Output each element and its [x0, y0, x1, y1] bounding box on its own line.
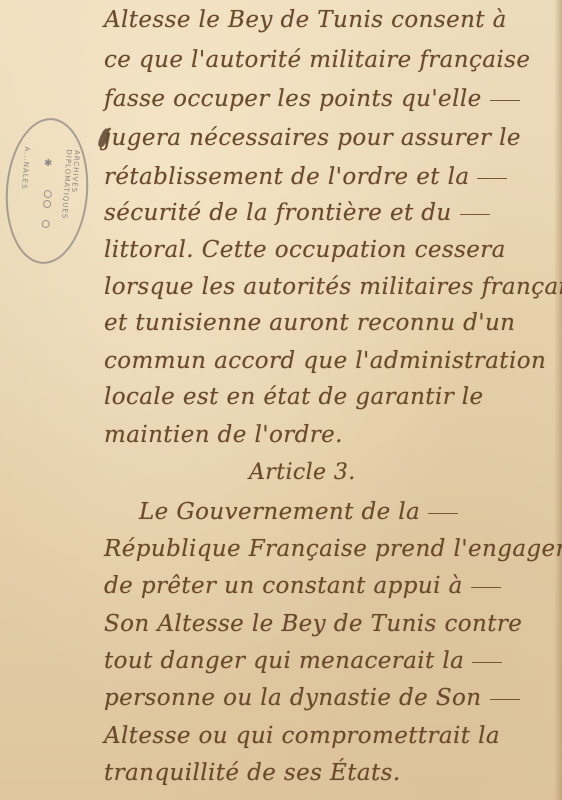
archive-stamp: A...NALES ARCHIVES DIPLOMATIQUES ✱: [1, 115, 93, 266]
line-text: tranquillité de ses États.: [104, 760, 401, 786]
manuscript-line: tout danger qui menacerait la: [104, 648, 502, 674]
manuscript-line: sécurité de la frontière et du: [104, 200, 490, 226]
stamp-left-text: A...NALES: [16, 146, 31, 242]
line-text: et tunisienne auront reconnu d'un: [104, 310, 515, 336]
line-text: ce que l'autorité militaire française: [104, 47, 530, 73]
line-text: maintien de l'ordre.: [104, 422, 343, 448]
line-text: tout danger qui menacerait la: [104, 648, 464, 674]
line-filler-dash: [490, 699, 520, 700]
line-text: Le Gouvernement de la: [139, 499, 420, 525]
line-filler-dash: [460, 214, 490, 215]
line-text: de prêter un constant appui à: [104, 573, 463, 599]
manuscript-line: et tunisienne auront reconnu d'un: [104, 310, 515, 336]
manuscript-line: lorsque les autorités militaires françai…: [104, 274, 562, 300]
manuscript-line: commun accord que l'administration: [104, 348, 546, 374]
page-edge-shadow: [554, 0, 562, 800]
manuscript-page: A...NALES ARCHIVES DIPLOMATIQUES ✱ Altes…: [0, 0, 562, 800]
line-filler-dash: [477, 178, 507, 179]
stamp-right-text: ARCHIVES DIPLOMATIQUES: [58, 149, 81, 246]
line-filler-dash: [471, 587, 501, 588]
line-filler-dash: [428, 513, 458, 514]
manuscript-line: Altesse ou qui compromettrait la: [104, 723, 500, 749]
line-text: sécurité de la frontière et du: [104, 200, 452, 226]
stamp-dot-icon: [44, 190, 53, 199]
line-text: locale est en état de garantir le: [104, 384, 484, 410]
manuscript-line: Son Altesse le Bey de Tunis contre: [104, 611, 522, 637]
stamp-dot-icon: [43, 200, 52, 209]
line-text: jugera nécessaires pour assurer le: [104, 125, 521, 151]
line-text: Article 3.: [249, 460, 356, 485]
line-text: lorsque les autorités militaires françai…: [104, 274, 562, 300]
line-text: fasse occuper les points qu'elle: [104, 86, 482, 112]
manuscript-line: République Française prend l'engagement: [104, 536, 562, 562]
line-text: personne ou la dynastie de Son: [104, 685, 482, 711]
manuscript-line: littoral. Cette occupation cessera: [104, 237, 506, 263]
manuscript-line: locale est en état de garantir le: [104, 384, 484, 410]
article-heading: Article 3.: [249, 460, 356, 485]
stamp-dot-icon: [41, 220, 50, 229]
line-filler-dash: [490, 100, 520, 101]
manuscript-line: maintien de l'ordre.: [104, 422, 343, 448]
manuscript-line: personne ou la dynastie de Son: [104, 685, 520, 711]
manuscript-line: Altesse le Bey de Tunis consent à: [104, 7, 507, 33]
manuscript-line: ce que l'autorité militaire française: [104, 47, 530, 73]
manuscript-line: tranquillité de ses États.: [104, 760, 401, 786]
line-text: littoral. Cette occupation cessera: [104, 237, 506, 263]
line-text: République Française prend l'engagement: [104, 536, 562, 562]
line-text: Altesse le Bey de Tunis consent à: [104, 7, 507, 33]
manuscript-line: jugera nécessaires pour assurer le: [104, 125, 521, 151]
line-text: rétablissement de l'ordre et la: [104, 164, 469, 190]
manuscript-line: fasse occuper les points qu'elle: [104, 86, 520, 112]
line-text: commun accord que l'administration: [104, 348, 546, 374]
manuscript-line: Le Gouvernement de la: [139, 499, 458, 525]
line-filler-dash: [472, 662, 502, 663]
manuscript-line: de prêter un constant appui à: [104, 573, 501, 599]
line-text: Altesse ou qui compromettrait la: [104, 723, 500, 749]
manuscript-line: rétablissement de l'ordre et la: [104, 164, 507, 190]
stamp-star-icon: ✱: [44, 158, 53, 170]
line-text: Son Altesse le Bey de Tunis contre: [104, 611, 522, 637]
